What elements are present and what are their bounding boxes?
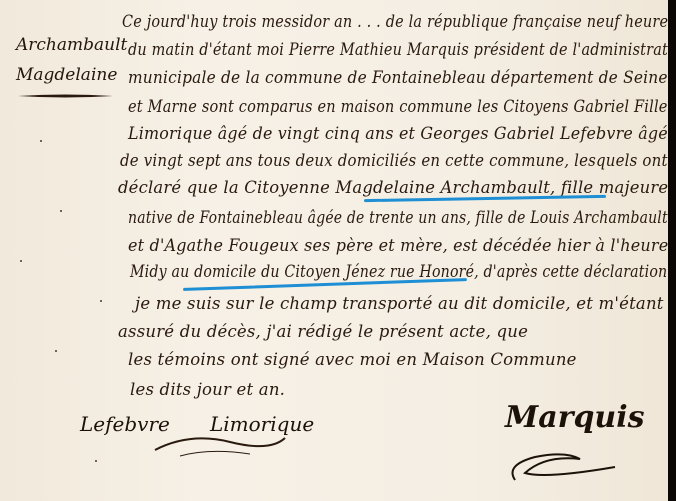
text-line-9: et d'Agathe Fougeux ses père et mère, es… — [128, 236, 668, 255]
signature-marquis: Marquis — [505, 400, 645, 435]
text-line-8: native de Fontainebleau âgée de trente u… — [128, 208, 668, 227]
signature-flourish-left — [150, 430, 290, 460]
text-line-13: les témoins ont signé avec moi en Maison… — [128, 350, 577, 369]
margin-surname: Archambault — [16, 30, 127, 60]
text-line-14: les dits jour et an. — [130, 380, 285, 399]
ink-speck — [40, 140, 42, 142]
text-line-12: assuré du décès, j'ai rédigé le présent … — [118, 322, 528, 341]
scan-edge — [668, 0, 676, 501]
ink-speck — [20, 260, 22, 262]
margin-note: Archambault Magdelaine — [16, 30, 127, 90]
ink-speck — [60, 210, 62, 212]
ink-speck — [55, 350, 57, 352]
text-line-1: Ce jourd'huy trois messidor an . . . de … — [122, 12, 668, 31]
text-line-2: du matin d'étant moi Pierre Mathieu Marq… — [128, 40, 668, 59]
ink-speck — [95, 460, 97, 462]
document-page: Archambault Magdelaine Ce jourd'huy troi… — [0, 0, 676, 501]
margin-given-name: Magdelaine — [16, 60, 127, 90]
text-line-7: déclaré que la Citoyenne Magdelaine Arch… — [118, 178, 668, 197]
text-line-6: de vingt sept ans tous deux domiciliés e… — [120, 151, 668, 170]
text-line-10: Midy au domicile du Citoyen Jénez rue Ho… — [130, 262, 667, 281]
text-line-11: je me suis sur le champ transporté au di… — [135, 294, 664, 313]
ink-speck — [100, 300, 102, 302]
text-line-4: et Marne sont comparus en maison commune… — [128, 97, 668, 116]
text-line-3: municipale de la commune de Fontaineblea… — [128, 68, 668, 87]
signature-flourish-marquis — [505, 445, 625, 485]
margin-flourish — [18, 93, 113, 99]
text-line-5: Limorique âgé de vingt cinq ans et Georg… — [128, 124, 668, 143]
